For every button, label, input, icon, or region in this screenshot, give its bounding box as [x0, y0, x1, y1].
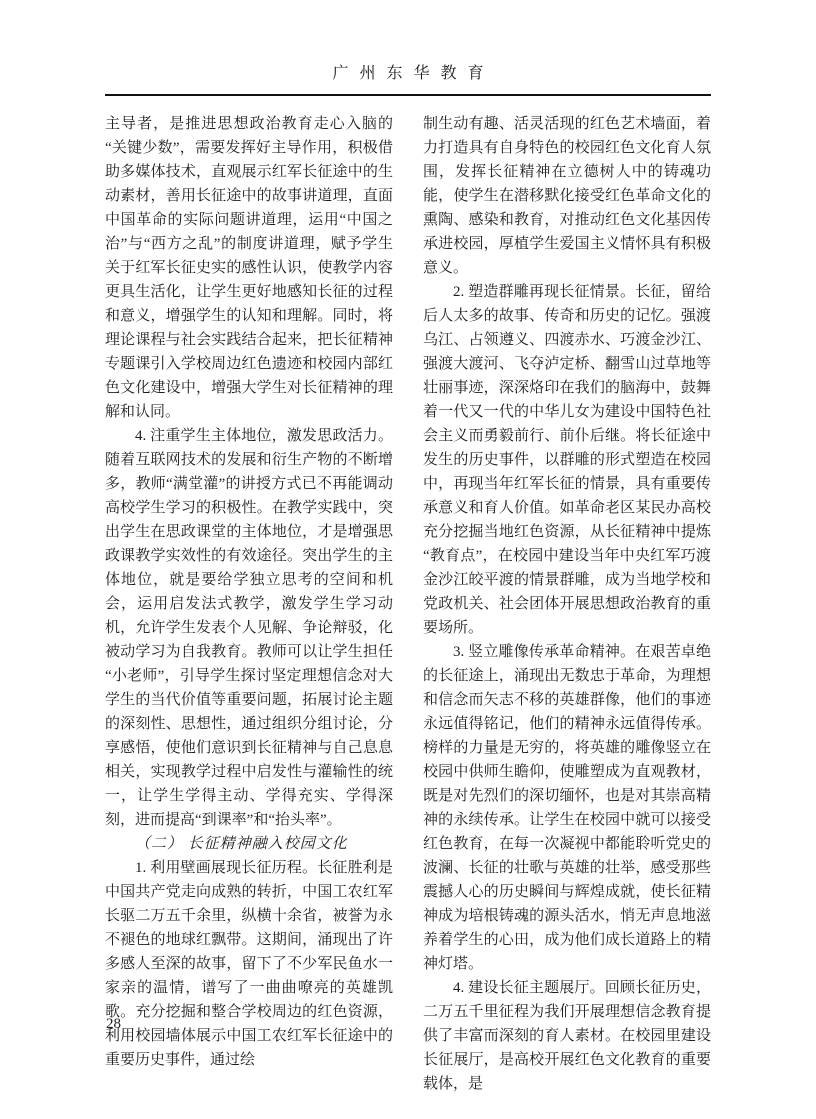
paragraph-continued: 制生动有趣、活灵活现的红色艺术墙面，着力打造具有自身特色的校园红色文化育人氛围，…: [423, 112, 711, 280]
paragraph-item-1-murals: 1. 利用壁画展现长征历程。长征胜利是中国共产党走向成熟的转折，中国工农红军长驱…: [105, 856, 393, 1072]
page-footer: 28: [106, 1016, 121, 1033]
journal-title: 广州东华教育: [105, 64, 711, 84]
left-column: 主导者，是推进思想政治教育走心入脑的“关键少数”，需要发挥好主导作用，积极借助多…: [105, 112, 393, 1096]
paragraph-item-3-statues: 3. 竖立雕像传承革命精神。在艰苦卓绝的长征途上，涌现出无数忠于革命，为理想和信…: [423, 640, 711, 976]
section-heading: （二） 长征精神融入校园文化: [105, 832, 393, 856]
paragraph-item-2-sculptures: 2. 塑造群雕再现长征情景。长征，留给后人太多的故事、传奇和历史的记忆。强渡乌江…: [423, 280, 711, 640]
paragraph-continued: 主导者，是推进思想政治教育走心入脑的“关键少数”，需要发挥好主导作用，积极借助多…: [105, 112, 393, 424]
document-page: 广州东华教育 主导者，是推进思想政治教育走心入脑的“关键少数”，需要发挥好主导作…: [0, 0, 816, 1119]
header-divider: [105, 94, 711, 96]
right-column: 制生动有趣、活灵活现的红色艺术墙面，着力打造具有自身特色的校园红色文化育人氛围，…: [423, 112, 711, 1096]
page-number: 28: [106, 1016, 121, 1032]
two-column-content: 主导者，是推进思想政治教育走心入脑的“关键少数”，需要发挥好主导作用，积极借助多…: [105, 112, 711, 1096]
paragraph-item-4-teaching: 4. 注重学生主体地位，激发思政活力。随着互联网技术的发展和衍生产物的不断增多，…: [105, 424, 393, 832]
paragraph-item-4-exhibition-hall: 4. 建设长征主题展厅。回顾长征历史，二万五千里征程为我们开展理想信念教育提供了…: [423, 976, 711, 1096]
page-header: 广州东华教育: [105, 64, 711, 96]
